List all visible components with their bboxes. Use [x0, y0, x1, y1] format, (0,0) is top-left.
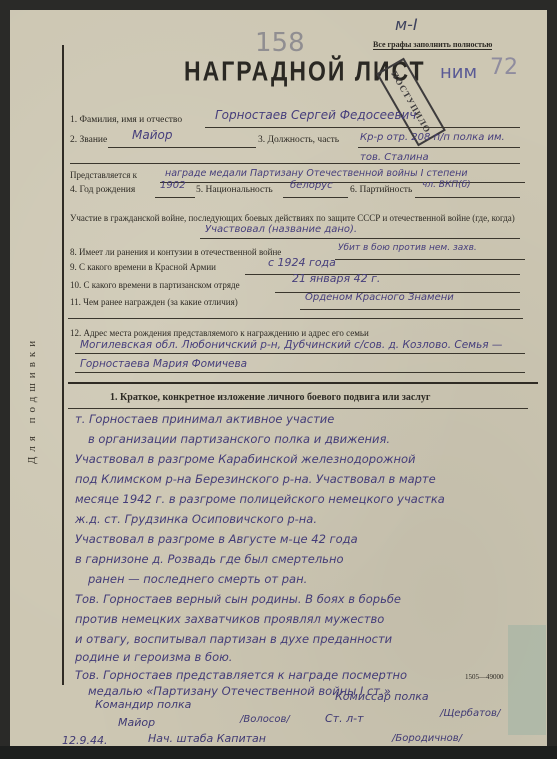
field-value-army-since: с 1924 года — [268, 256, 336, 269]
chief-of-staff-title: Нач. штаба Капитан — [148, 732, 266, 745]
print-number: 1505—49000 — [465, 673, 504, 681]
commissar-name: /Щербатов/ — [440, 708, 500, 719]
commander-title: Командир полка — [95, 698, 191, 711]
field-value-birth-year: 1902 — [160, 180, 185, 191]
commander-name: /Волосов/ — [240, 714, 290, 725]
field-value-partisan-since: 21 января 42 г. — [292, 272, 380, 285]
document-date: 12.9.44. — [62, 734, 107, 747]
field-value-party: чл. ВКП(б) — [422, 180, 471, 190]
field-label-position: 3. Должность, часть — [258, 135, 339, 145]
field-value-previous-awards: Орденом Красного Знамени — [305, 292, 454, 303]
field-label-name: 1. Фамилия, имя и отчество — [70, 115, 182, 125]
section-title: 1. Краткое, конкретное изложение личного… — [110, 392, 430, 403]
field-label-birth-year: 4. Год рождения — [70, 185, 135, 195]
field-value-wounds: Убит в бою против нем. захв. — [338, 243, 477, 253]
corner-number-mark: 72 — [490, 55, 518, 80]
field-label-presented: Представляется к — [70, 170, 137, 180]
paper-stain — [508, 625, 546, 735]
field-value-name: Горностаев Сергей Федосеевич — [215, 108, 416, 122]
section-divider — [68, 382, 538, 384]
archive-number-mark: 158 — [255, 28, 305, 58]
field-label-nationality: 5. Национальность — [196, 185, 273, 195]
scan-border — [0, 746, 557, 759]
field-label-partisan-since: 10. С какого времени в партизанском отря… — [70, 280, 240, 290]
top-right-mark: м-I — [395, 15, 418, 34]
commander-rank: Майор — [118, 716, 155, 729]
binding-margin-line — [62, 45, 64, 685]
chief-of-staff-name: /Бородичнов/ — [392, 733, 462, 744]
field-label-wounds: 8. Имеет ли ранения и контузии в отечест… — [70, 247, 281, 257]
field-label-army-since: 9. С какого времени в Красной Армии — [70, 262, 216, 272]
field-value-position: Кр-р отр. 208 п/п полка им. тов. Сталина — [360, 128, 520, 168]
header-note: Все графы заполнить полностью — [373, 40, 492, 50]
field-label-rank: 2. Звание — [70, 135, 107, 145]
field-value-address: Могилевская обл. Любоничский р-н, Дубчин… — [80, 336, 520, 374]
field-label-party: 6. Партийность — [350, 185, 412, 195]
field-value-nationality: белорус — [290, 180, 333, 191]
field-value-presented: награде медали Партизану Отечественной в… — [165, 168, 468, 179]
commissar-rank: Ст. л-т — [325, 712, 364, 725]
field-label-previous-awards: 11. Чем ранее награжден (за какие отличи… — [70, 297, 238, 307]
binding-label: Для подшивки — [12, 300, 52, 500]
field-value-war-participation: Участвовал (название дано). — [205, 224, 357, 235]
field-value-rank: Майор — [132, 128, 172, 142]
corner-note-mark: ним — [440, 62, 477, 83]
commissar-title: Комиссар полка — [335, 690, 429, 703]
